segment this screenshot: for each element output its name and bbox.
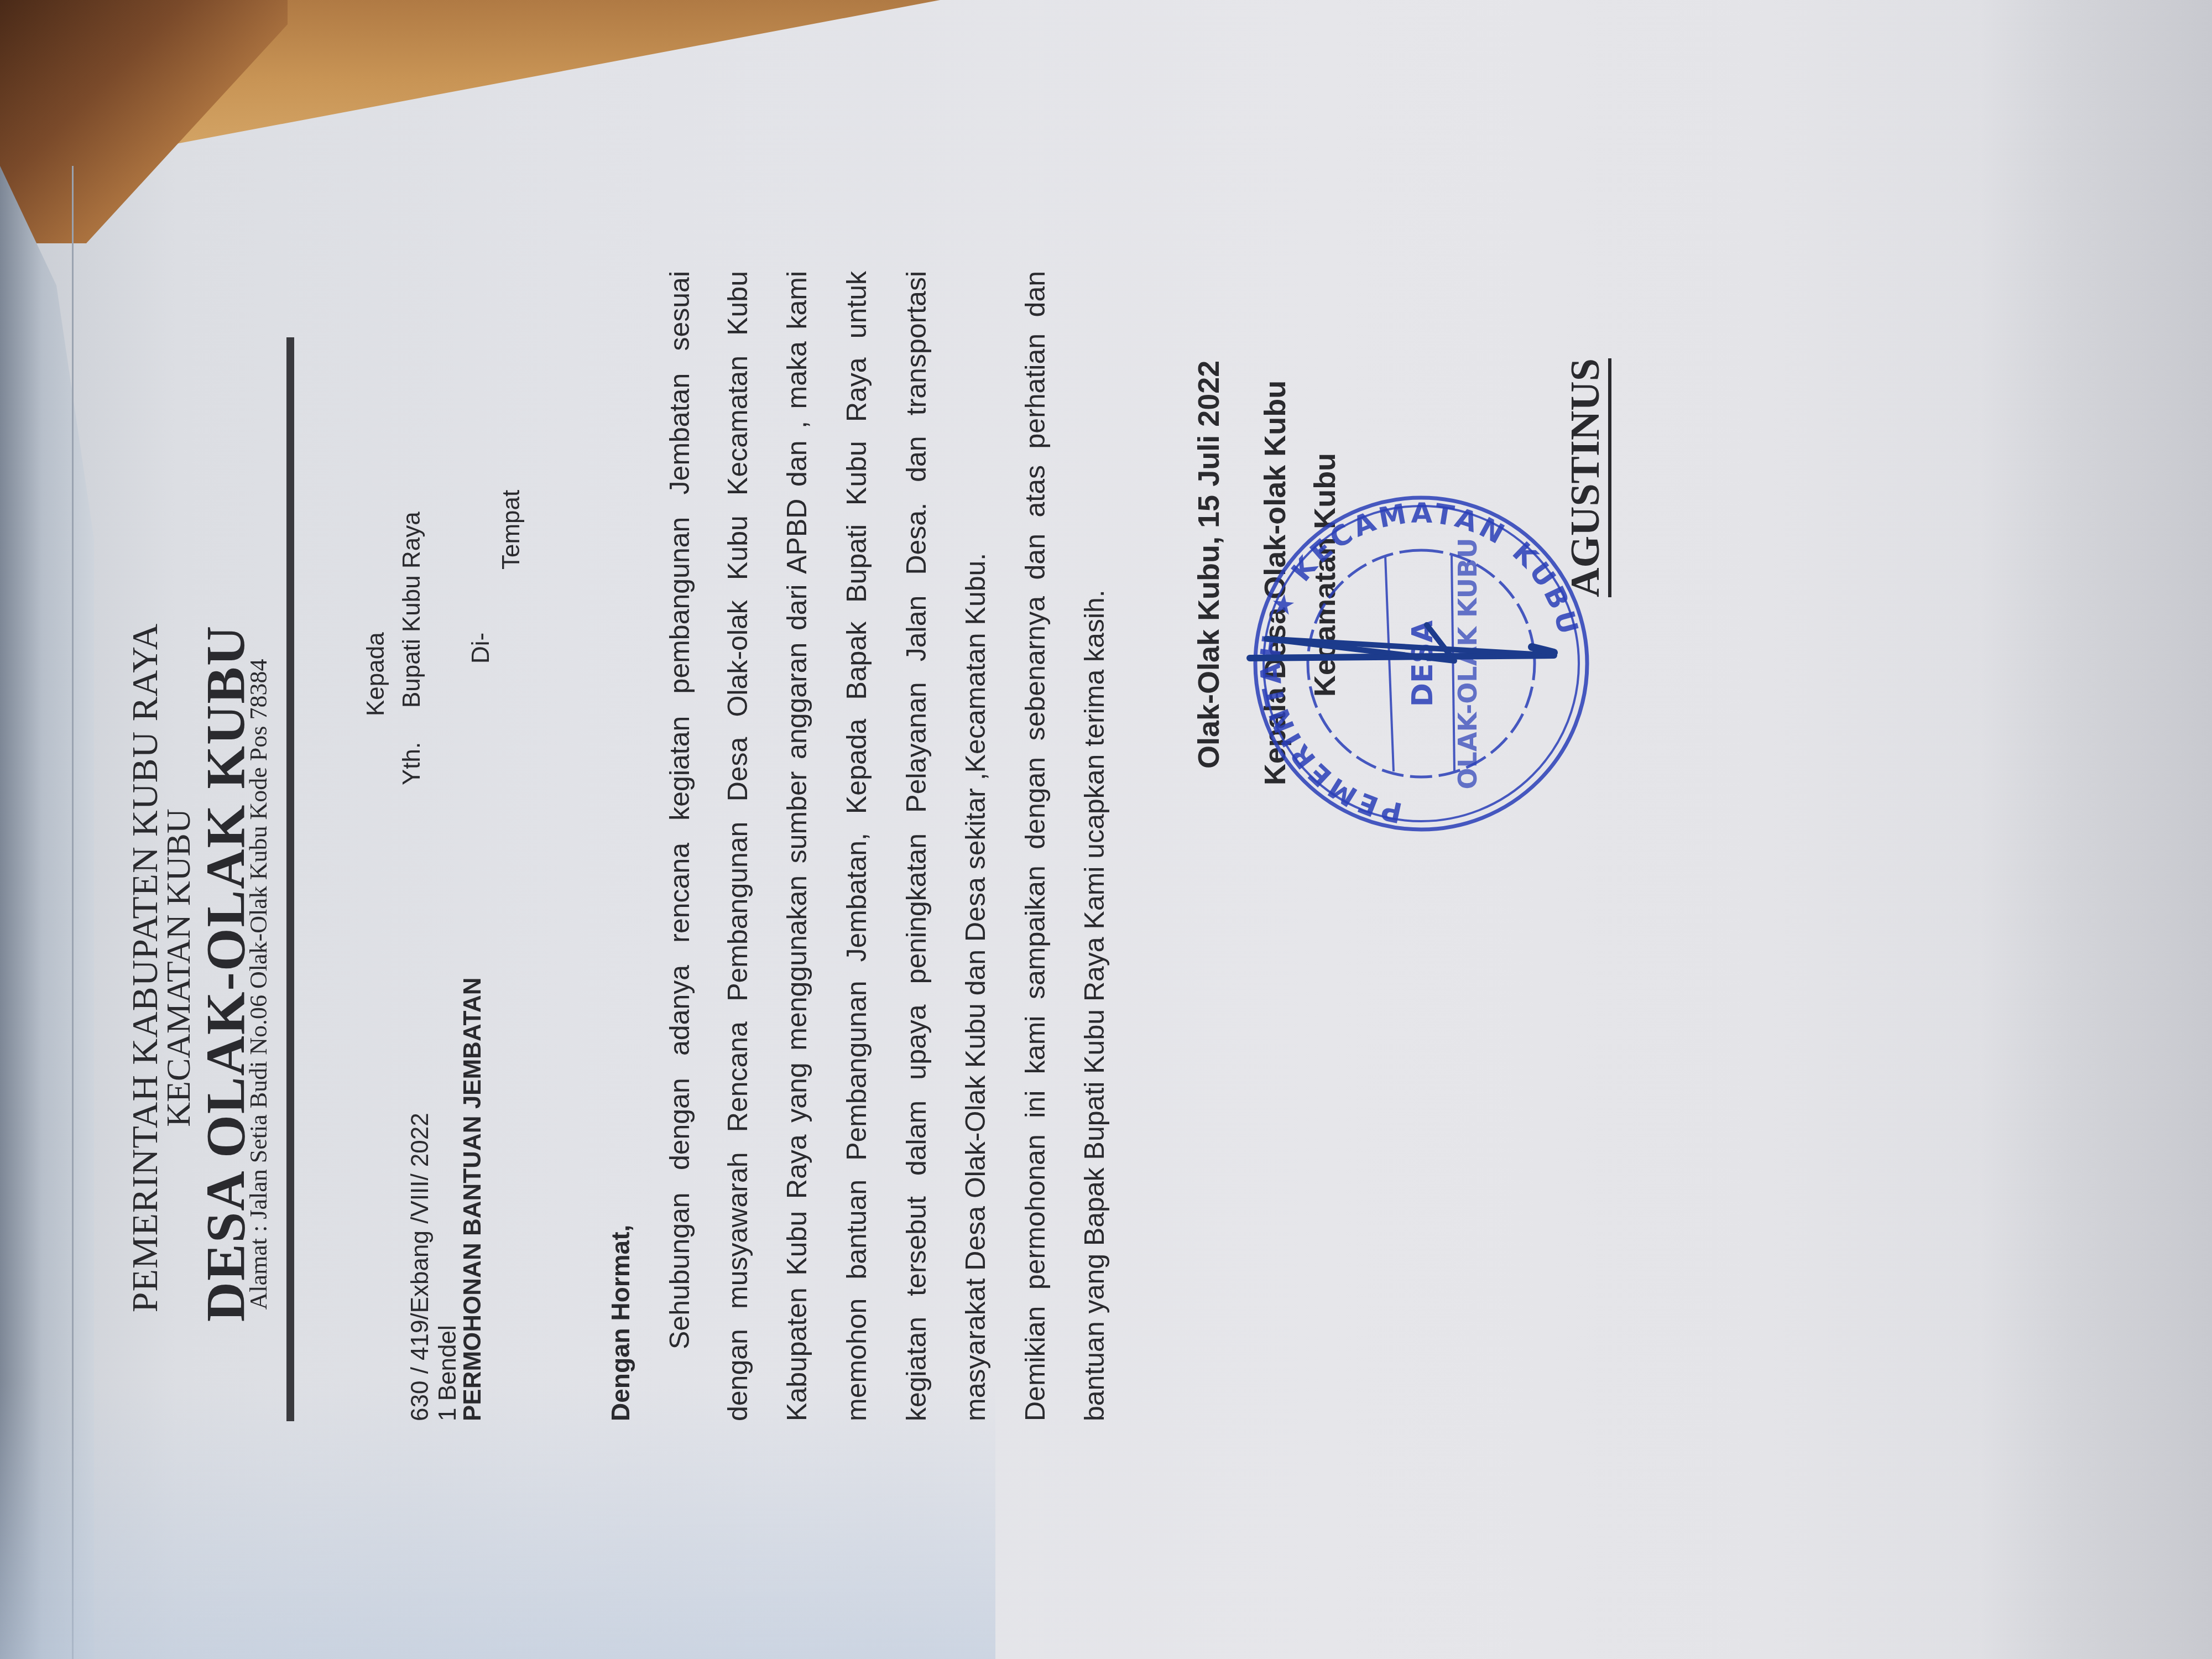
body-line: kegiatan tersebut dalam upaya peningkata…: [900, 271, 932, 1421]
letter-page: PEMERINTAH KABUPATEN KUBU RAYA KECAMATAN…: [111, 28, 1714, 1521]
body-line: Sehubungan dengan adanya rencana kegiata…: [664, 271, 696, 1349]
recipient-place: Tempat: [498, 490, 525, 570]
letterhead-address: Alamat : Jalan Setia Budi No.06 Olak-Ola…: [244, 431, 273, 1537]
photo-scene: PEMERINTAH KABUPATEN KUBU RAYA KECAMATAN…: [0, 0, 2212, 1659]
letter-attachment: 1 Bendel: [434, 1325, 462, 1421]
signatory-name: AGUSTINUS: [1565, 358, 1611, 597]
body-line: Demikian permohonan ini kami sampaikan d…: [1019, 271, 1051, 1421]
recipient-yth: Yth.: [398, 742, 426, 785]
recipient-name: Bupati Kubu Raya: [398, 512, 426, 708]
letterhead-divider: [286, 337, 294, 1421]
body-line: bantuan yang Bapak Bupati Kubu Raya Kami…: [1078, 271, 1110, 1421]
body-line: dengan musyawarah Rencana Pembangunan De…: [722, 271, 754, 1421]
letter-subject: PERMOHONAN BANTUAN JEMBATAN: [459, 977, 487, 1421]
handwritten-signature-icon: [1244, 570, 1576, 758]
recipient-di: Di-: [467, 633, 495, 664]
letter-number: 630 / 419/Exbang /VIII/ 2022: [406, 1113, 434, 1421]
salutation: Dengan Hormat,: [606, 1225, 635, 1421]
body-line: Kabupaten Kubu Raya yang menggunakan sum…: [781, 271, 813, 1421]
body-line: masyarakat Desa Olak-Olak Kubu dan Desa …: [959, 271, 992, 1421]
body-line: memohon bantuan Pembangunan Jembatan, Ke…: [841, 271, 873, 1421]
recipient-kepada: Kepada: [362, 632, 390, 716]
signature-place-date: Olak-Olak Kubu, 15 Juli 2022: [1192, 361, 1226, 769]
paper-right-shadow: [1980, 0, 2212, 1659]
letterhead-district: KECAMATAN KUBU: [159, 415, 199, 1521]
